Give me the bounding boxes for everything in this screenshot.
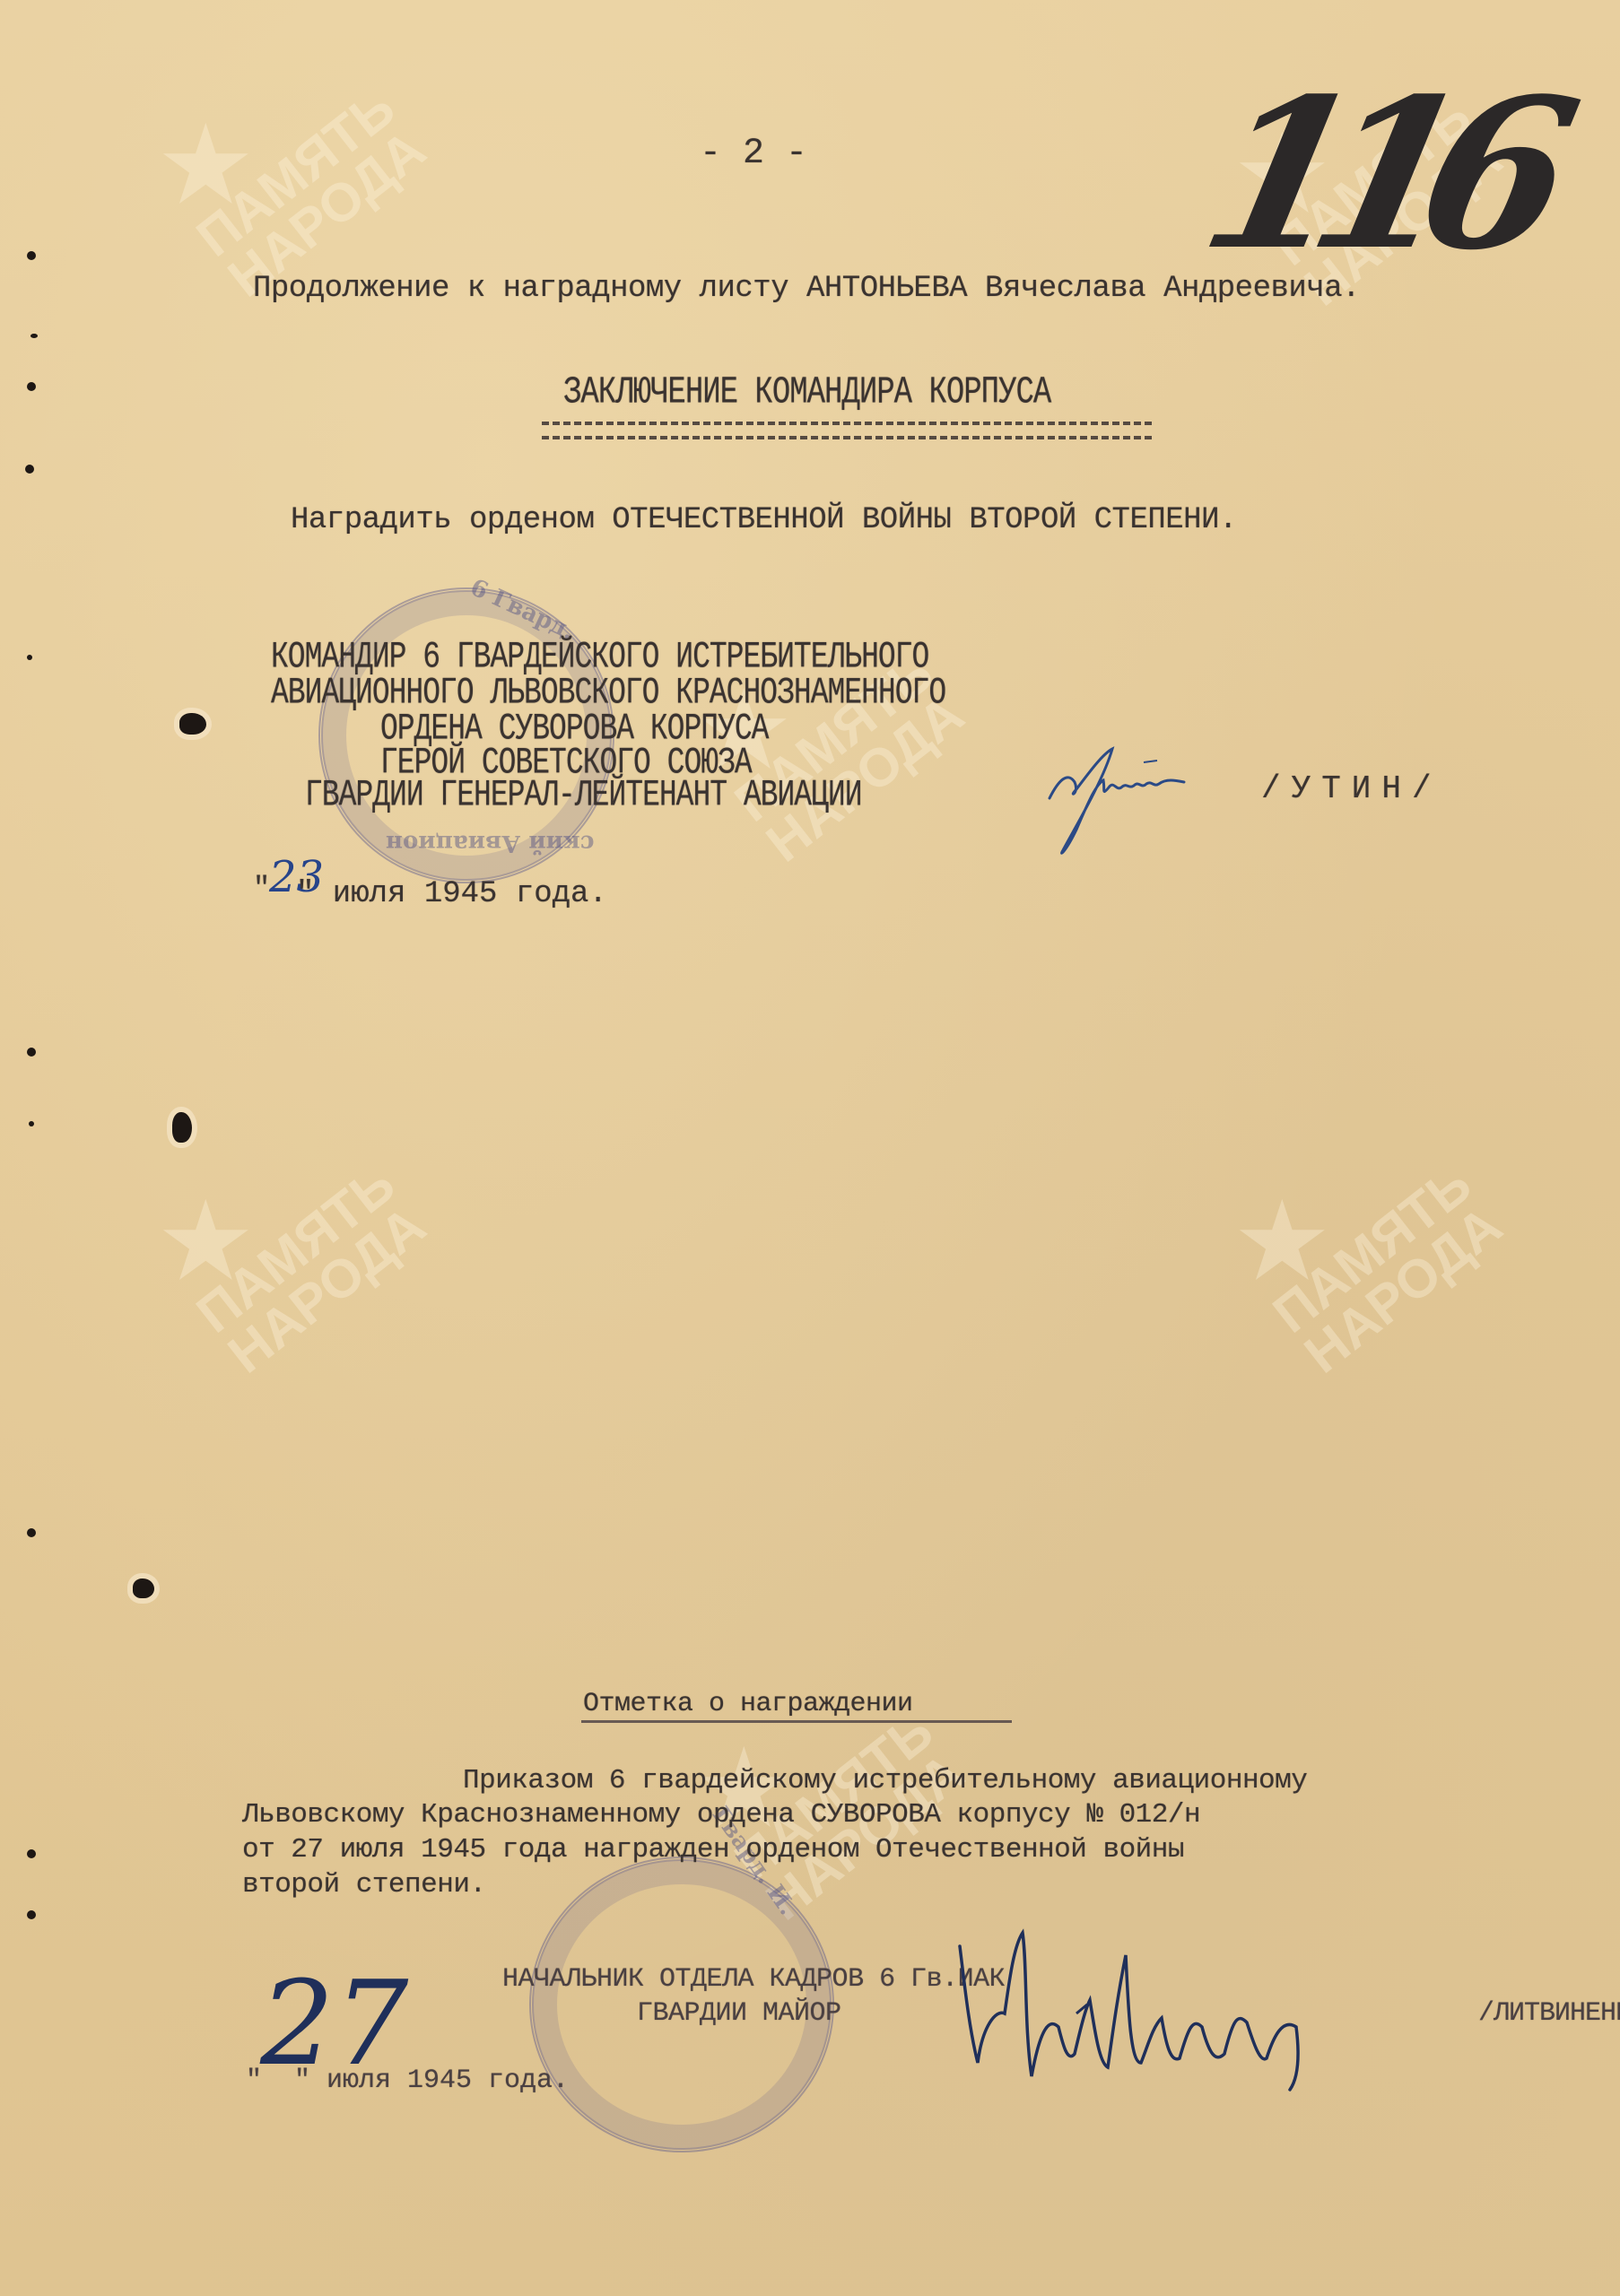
- date-quote: ": [253, 874, 270, 903]
- underline: [581, 1720, 1012, 1723]
- punch-hole: [179, 713, 206, 735]
- double-underline: [542, 422, 1152, 439]
- signatory-name: /ЛИТВИНЕНКО/: [1478, 2000, 1620, 2027]
- punch-hole: [172, 1112, 192, 1143]
- punch-hole: [29, 1121, 34, 1126]
- award-recommendation: Наградить орденом ОТЕЧЕСТВЕННОЙ ВОЙНЫ ВТ…: [291, 505, 1237, 535]
- punch-hole: [27, 382, 36, 391]
- continuation-line: Продолжение к наградному листу АНТОНЬЕВА…: [253, 274, 1360, 304]
- order-text-line: от 27 июля 1945 года награжден орденом О…: [242, 1836, 1184, 1864]
- date-text: " июля 1945 года.: [294, 2067, 569, 2094]
- punch-hole: [27, 1849, 36, 1858]
- handwritten-folio-number: 116: [1189, 72, 1556, 278]
- punch-hole: [27, 655, 32, 660]
- punch-hole: [27, 1528, 36, 1537]
- page-number: - 2 -: [700, 136, 807, 172]
- signatory-title-line: ГВАРДИИ ГЕНЕРАЛ-ЛЕЙТЕНАНТ АВИАЦИИ: [305, 777, 862, 813]
- punch-hole: [133, 1578, 154, 1598]
- signatory-title-line: КОМАНДИР 6 ГВАРДЕЙСКОГО ИСТРЕБИТЕЛЬНОГО: [271, 639, 928, 675]
- signatory-title-line: НАЧАЛЬНИК ОТДЕЛА КАДРОВ 6 Гв.ИАК: [502, 1966, 1005, 1993]
- signatory-title-line: ГВАРДИИ МАЙОР: [637, 2000, 841, 2027]
- commander-signature: [1041, 744, 1229, 861]
- signatory-title-line: АВИАЦИОННОГО ЛЬВОВСКОГО КРАСНОЗНАМЕННОГО: [271, 674, 945, 711]
- watermark: ★ПАМЯТЬ НАРОДА: [152, 1193, 422, 1462]
- watermark: ★ПАМЯТЬ НАРОДА: [152, 117, 422, 386]
- punch-hole: [27, 251, 36, 260]
- punch-hole: [27, 1048, 36, 1057]
- punch-hole: [30, 334, 38, 338]
- stamp-text: ский Авиацион: [386, 830, 594, 857]
- date-text: " июля 1945 года.: [296, 879, 607, 909]
- order-text-line: второй степени.: [242, 1871, 486, 1899]
- section-heading-commander-conclusion: ЗАКЛЮЧЕНИЕ КОМАНДИРА КОРПУСА: [563, 374, 1050, 413]
- punch-hole: [27, 1910, 36, 1919]
- watermark: ★ПАМЯТЬ НАРОДА: [1229, 1193, 1498, 1462]
- signatory-name: /УТИН/: [1261, 773, 1442, 805]
- personnel-chief-signature: [942, 1928, 1426, 2108]
- punch-hole: [25, 465, 34, 474]
- section-heading-award-mark: Отметка о награждении: [583, 1691, 913, 1718]
- order-text-line: Приказом 6 гвардейскому истребительному …: [463, 1767, 1307, 1795]
- order-text-line: Львовскому Краснознаменному ордена СУВОР…: [242, 1801, 1200, 1829]
